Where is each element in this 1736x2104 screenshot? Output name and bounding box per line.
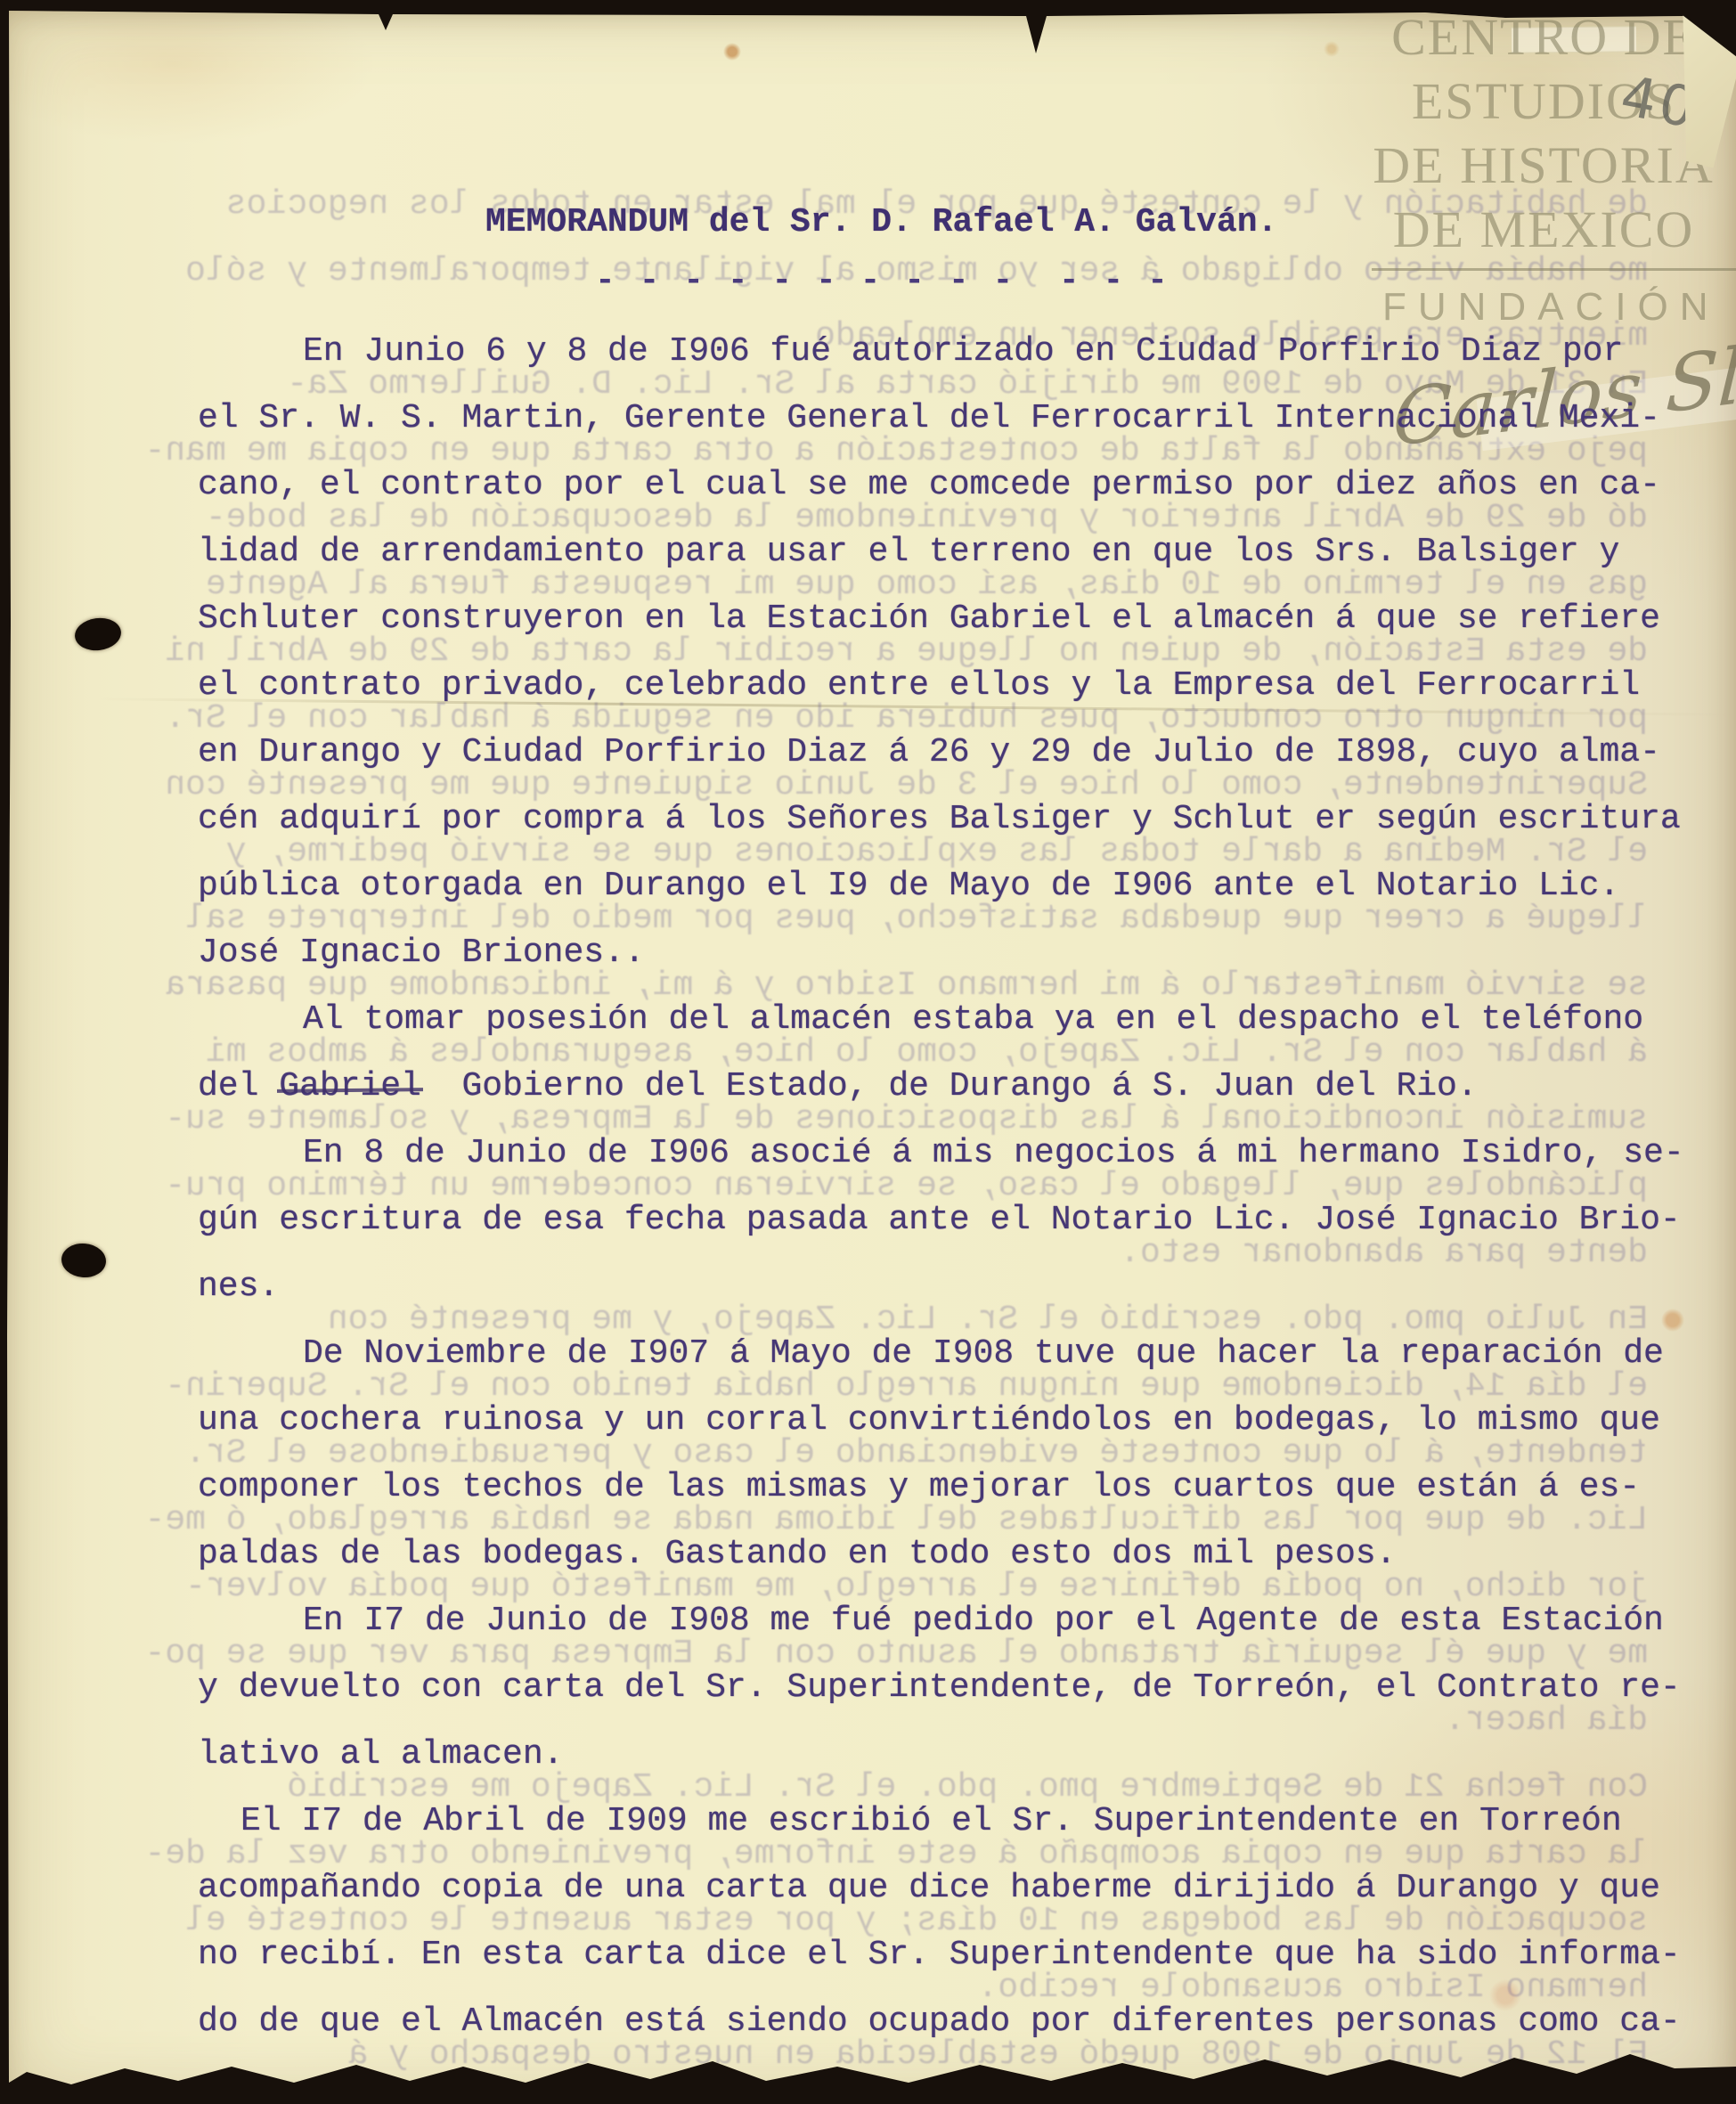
bleedthrough-line: Lic. de que por las dificultades del idi… [134,1503,1648,1538]
typed-line: componer los techos de las mismas y mejo… [198,1470,1640,1505]
bleedthrough-line: por ningun otro conducto, pues hubiera i… [134,701,1648,737]
typed-line: De Noviembre de I907 á Mayo de I908 tuve… [303,1336,1664,1372]
typed-line: En I7 de Junio de I908 me fué pedido por… [303,1603,1664,1639]
bleedthrough-line: Superintendente, como lo hice el 3 de Ju… [134,768,1648,803]
title-underline-dashes: - - - - - - - - - - - - - [595,262,1170,300]
typed-line: El I7 de Abril de I909 me escribió el Sr… [240,1804,1622,1839]
bleedthrough-line: dó de 29 de Abril anterior y previniendo… [134,501,1648,536]
bleedthrough-line: El 12 de Junio de 1908 quedó establecida… [134,2037,1736,2073]
typed-line: en Durango y Ciudad Porfirio Diaz á 26 y… [198,735,1660,771]
typed-line: paldas de las bodegas. Gastando en todo … [198,1537,1396,1572]
typed-line: En 8 de Junio de I906 asocié á mis negoc… [303,1136,1684,1171]
bleedthrough-line: En Julio pmo. pdo. escribió el Sr. Lic. … [134,1302,1736,1338]
typed-line: una cochera ruinosa y un corral convirti… [198,1403,1660,1439]
typed-line: En Junio 6 y 8 de I906 fué autorizado en… [303,334,1623,370]
bleedthrough-line: socupación de las bodegas en 10 días; y … [134,1904,1648,1939]
typed-line: no recibí. En esta carta dice el Sr. Sup… [198,1937,1681,1973]
typed-line: lativo al almacen. [198,1737,563,1773]
typed-line: José Ignacio Briones.. [198,935,645,971]
watermark-foundation: FUNDACIÓN [1382,285,1720,330]
bleedthrough-line: Con fecha 21 de Septiembre pmo. pdo. el … [134,1770,1736,1806]
bleedthrough-line: plicándoles que, llegado el caso, se sir… [134,1169,1648,1204]
bleedthrough-line: sumisión incondicional á las disposicion… [134,1102,1648,1138]
bleedthrough-line: día hacer. [134,1703,1648,1739]
bleedthrough-line: tendente, á lo que contesté evidenciando… [134,1436,1648,1472]
typed-line: el Sr. W. S. Martin, Gerente General del… [198,401,1660,436]
struck-word: Gabriel [279,1067,421,1105]
typed-line: cano, el contrato por el cual se me comc… [198,468,1660,503]
bleedthrough-line: me y que él seguiría tratando el asunto … [134,1636,1648,1672]
scanned-memorandum-page: de habitación y le contesté que por el m… [0,0,1736,2104]
bleedthrough-line: se sirvió manifestarlo á mi hermano Isid… [134,968,1648,1004]
typed-line: cén adquirí por compra á los Señores Bal… [198,802,1681,837]
bleedthrough-line: la carta que en copia acompaño á este in… [134,1837,1648,1872]
watermark-line: DE HISTORIA [1351,134,1736,198]
typed-line: pública otorgada en Durango el I9 de May… [198,869,1619,904]
watermark-line: DE MEXICO [1351,198,1736,262]
bleedthrough-line: á hablar con el Sr. Lic. Zapejo, como lo… [134,1035,1648,1071]
typed-line: gún escritura de esa fecha pasada ante e… [198,1203,1681,1238]
typed-line: Schluter construyeron en la Estación Gab… [198,601,1660,637]
bleedthrough-line: el día 14, diciendome que ningun arreglo… [134,1369,1648,1405]
typed-line: y devuelto con carta del Sr. Superintend… [198,1670,1681,1706]
bleedthrough-line: hermano Isidro acusandole recibo. [134,1970,1648,2006]
typed-line: do de que el Almacén está siendo ocupado… [198,2004,1681,2040]
typed-line: del Gabriel Gobierno del Estado, de Dura… [198,1069,1478,1105]
bleedthrough-line: llegué a creer que quedaba satisfecho, p… [134,901,1648,937]
typed-line: lidad de arrendamiento para usar el terr… [198,534,1619,570]
watermark-line: CENTRO DE [1351,5,1736,69]
bleedthrough-line: de esta Estación, de quien no llegue a r… [134,634,1648,670]
document-title: MEMORANDUM del Sr. D. Rafael A. Galván. [485,203,1277,241]
watermark-rule [1372,268,1736,271]
typed-line: el contrato privado, celebrado entre ell… [198,668,1640,704]
bleedthrough-line: el Sr. Medina a darle todas las explicac… [134,835,1648,870]
typed-line: acompañando copia de una carta que dice … [198,1871,1660,1906]
bleedthrough-line: gas en el termino de 10 dias, así como q… [134,567,1648,603]
bleedthrough-line: jor dicho, no podía definirse el arreglo… [134,1570,1648,1605]
bleedthrough-line: dente para abandonar esto. [134,1235,1648,1271]
typed-line: Al tomar posesión del almacén estaba ya … [303,1002,1643,1038]
typed-line: nes. [198,1269,279,1305]
paper-sheet: de habitación y le contesté que por el m… [0,0,1736,2104]
